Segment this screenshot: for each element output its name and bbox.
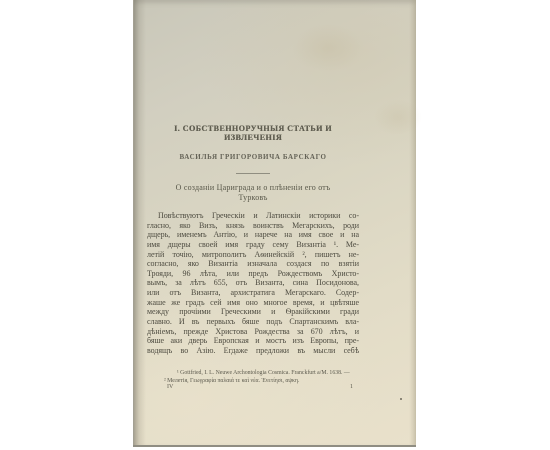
body-text-line: имя дщеры своей имя граду сему Византіа … — [147, 240, 359, 250]
section-heading-line1: О созданіи Цариграда и о плѣненіи его от… — [147, 183, 359, 192]
paper-stain — [368, 95, 428, 140]
footnotes: ¹ Gottfried, I. L. Neuwe Archontologia C… — [147, 369, 359, 385]
body-text-line: вымъ, за лѣтъ 655, отъ Византа, сина Пос… — [147, 278, 359, 288]
body-text-line: гласно, яко Визъ, князь воинствъ Мегарск… — [147, 221, 359, 231]
body-text-line: бяше аки дверь Европская и мостъ изъ Евр… — [147, 336, 359, 346]
body-text-line: между прочіими Греческими и Ѳракійскими … — [147, 307, 359, 317]
body-paragraph: Повѣствуютъ Греческіи и Латинскіи истори… — [147, 211, 359, 356]
body-text-line: или отъ Византа, архистратига Мегарскаго… — [147, 288, 359, 298]
book-page: І. СОБСТВЕННОРУЧНЫЯ СТАТЬИ И ИЗВЛЕЧЕНІЯ … — [133, 0, 416, 447]
body-text-line: славно. И въ первыхъ бяше подъ Спартанск… — [147, 317, 359, 327]
body-text-line: дщерь, именемъ Антію, и нарече на имя св… — [147, 230, 359, 240]
signature-mark: IV — [167, 384, 173, 390]
body-text-line: жаше же градъ сей имя оно многое время, … — [147, 298, 359, 308]
page-number: 1 — [350, 384, 353, 390]
body-text-line: Трояди, 96 лѣта, или предъ Рождествомъ Х… — [147, 269, 359, 279]
ornament-divider — [236, 173, 270, 174]
page-right-edge-shade — [409, 0, 416, 445]
page-gutter-shadow — [133, 0, 146, 445]
body-text-line: Повѣствуютъ Греческіи и Латинскіи истори… — [147, 211, 359, 221]
footnote-1: ¹ Gottfried, I. L. Neuwe Archontologia C… — [147, 369, 359, 377]
body-text-line: дѣніемъ, прежде Христова Рождества за 67… — [147, 327, 359, 337]
paper-speck — [400, 398, 402, 400]
body-text-line: согласно, яко Византіа изначала создася … — [147, 259, 359, 269]
chapter-title: І. СОБСТВЕННОРУЧНЫЯ СТАТЬИ И ИЗВЛЕЧЕНІЯ — [147, 124, 359, 142]
author-name: ВАСИЛЬЯ ГРИГОРОВИЧА БАРСКАГО — [147, 153, 359, 161]
footnote-2: ² Мелетія, Γεωγραφία παλαιά τε καὶ νέα. … — [147, 377, 359, 385]
section-heading-line2: Турковъ — [147, 193, 359, 202]
photo-background: І. СОБСТВЕННОРУЧНЫЯ СТАТЬИ И ИЗВЛЕЧЕНІЯ … — [0, 0, 550, 450]
page-content: І. СОБСТВЕННОРУЧНЫЯ СТАТЬИ И ИЗВЛЕЧЕНІЯ … — [147, 0, 359, 445]
body-text-line: летій точію, митрополитъ Аѳинейскій ², п… — [147, 250, 359, 260]
body-text-line: водящъ во Азію. Егдаже предложи въ мысли… — [147, 346, 359, 356]
